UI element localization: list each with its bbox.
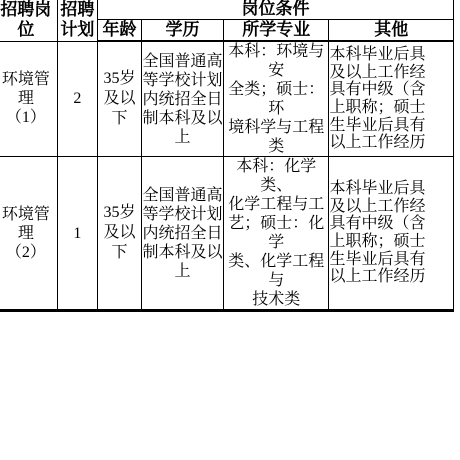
other-line: 本科毕业后具 bbox=[329, 180, 453, 198]
other-line: 上职称；硕士 bbox=[329, 99, 453, 117]
education-line: 等学校计划 bbox=[142, 71, 223, 90]
major-line: 艺；硕士：化学 bbox=[224, 214, 328, 252]
cell-age: 35岁 及以 下 bbox=[98, 41, 142, 157]
other-line: 以上工作经历 bbox=[329, 134, 453, 152]
major-line: 化学工程与工 bbox=[224, 195, 328, 214]
age-line: 下 bbox=[98, 109, 141, 129]
table-row: 环境管理 （1） 2 35岁 及以 下 全国普通高 等学校计划 内统招全日 制本… bbox=[0, 41, 454, 157]
other-line: 以上工作经历 bbox=[329, 268, 453, 286]
age-line: 35岁 bbox=[98, 203, 141, 223]
other-line: 生毕业后具有 bbox=[329, 251, 453, 269]
other-line: 本科毕业后具 bbox=[329, 46, 453, 64]
header-position: 招聘岗位 bbox=[0, 0, 57, 41]
cell-age: 35岁 及以 下 bbox=[98, 157, 142, 311]
cell-major: 本科：化学类、 化学工程与工 艺；硕士：化学 类、化学工程与 技术类 bbox=[224, 157, 329, 311]
major-line: 全类；硕士：环 bbox=[224, 80, 328, 118]
cell-plan: 2 bbox=[57, 41, 97, 157]
cell-education: 全国普通高 等学校计划 内统招全日 制本科及以 上 bbox=[141, 157, 223, 311]
other-line: 及以上工作经 bbox=[329, 198, 453, 216]
other-line: 及以上工作经 bbox=[329, 64, 453, 82]
header-education: 学历 bbox=[141, 20, 223, 42]
header-major: 所学专业 bbox=[224, 20, 329, 42]
recruitment-table: 招聘岗位 招聘计划 岗位条件 年龄 学历 所学专业 其他 环境管理 （1） 2 … bbox=[0, 0, 454, 312]
major-line: 本科：环境与安 bbox=[224, 42, 328, 80]
other-line: 上职称；硕士 bbox=[329, 233, 453, 251]
table-row: 环境管理 （2） 1 35岁 及以 下 全国普通高 等学校计划 内统招全日 制本… bbox=[0, 157, 454, 311]
position-line: （1） bbox=[0, 108, 57, 127]
cell-major: 本科：环境与安 全类；硕士：环 境科学与工程类 bbox=[224, 41, 329, 157]
major-line: 类、化学工程与 bbox=[224, 252, 328, 290]
header-plan: 招聘计划 bbox=[57, 0, 97, 41]
cell-position: 环境管理 （2） bbox=[0, 157, 57, 311]
cell-plan: 1 bbox=[57, 157, 97, 311]
education-line: 全国普通高 bbox=[142, 186, 223, 205]
age-line: 及以 bbox=[98, 89, 141, 109]
header-age: 年龄 bbox=[98, 20, 142, 42]
age-line: 下 bbox=[98, 243, 141, 263]
education-line: 上 bbox=[142, 128, 223, 147]
cell-other: 本科毕业后具 及以上工作经 具有中级（含 上职称；硕士 生毕业后具有 以上工作经… bbox=[329, 157, 454, 311]
cell-position: 环境管理 （1） bbox=[0, 41, 57, 157]
education-line: 上 bbox=[142, 262, 223, 281]
other-line: 生毕业后具有 bbox=[329, 117, 453, 135]
major-line: 本科：化学类、 bbox=[224, 157, 328, 195]
position-line: 环境管理 bbox=[0, 205, 57, 243]
header-other: 其他 bbox=[329, 20, 454, 42]
education-line: 内统招全日 bbox=[142, 90, 223, 109]
position-line: （2） bbox=[0, 243, 57, 262]
other-line: 具有中级（含 bbox=[329, 215, 453, 233]
education-line: 内统招全日 bbox=[142, 224, 223, 243]
header-conditions: 岗位条件 bbox=[98, 0, 454, 20]
cell-other: 本科毕业后具 及以上工作经 具有中级（含 上职称；硕士 生毕业后具有 以上工作经… bbox=[329, 41, 454, 157]
other-line: 具有中级（含 bbox=[329, 81, 453, 99]
major-line: 境科学与工程类 bbox=[224, 118, 328, 156]
page-background: 招聘岗位 招聘计划 岗位条件 年龄 学历 所学专业 其他 环境管理 （1） 2 … bbox=[0, 0, 460, 460]
position-line: 环境管理 bbox=[0, 70, 57, 108]
education-line: 制本科及以 bbox=[142, 109, 223, 128]
education-line: 等学校计划 bbox=[142, 205, 223, 224]
age-line: 及以 bbox=[98, 223, 141, 243]
cell-education: 全国普通高 等学校计划 内统招全日 制本科及以 上 bbox=[141, 41, 223, 157]
age-line: 35岁 bbox=[98, 69, 141, 89]
education-line: 全国普通高 bbox=[142, 52, 223, 71]
major-line: 技术类 bbox=[224, 290, 328, 309]
education-line: 制本科及以 bbox=[142, 243, 223, 262]
